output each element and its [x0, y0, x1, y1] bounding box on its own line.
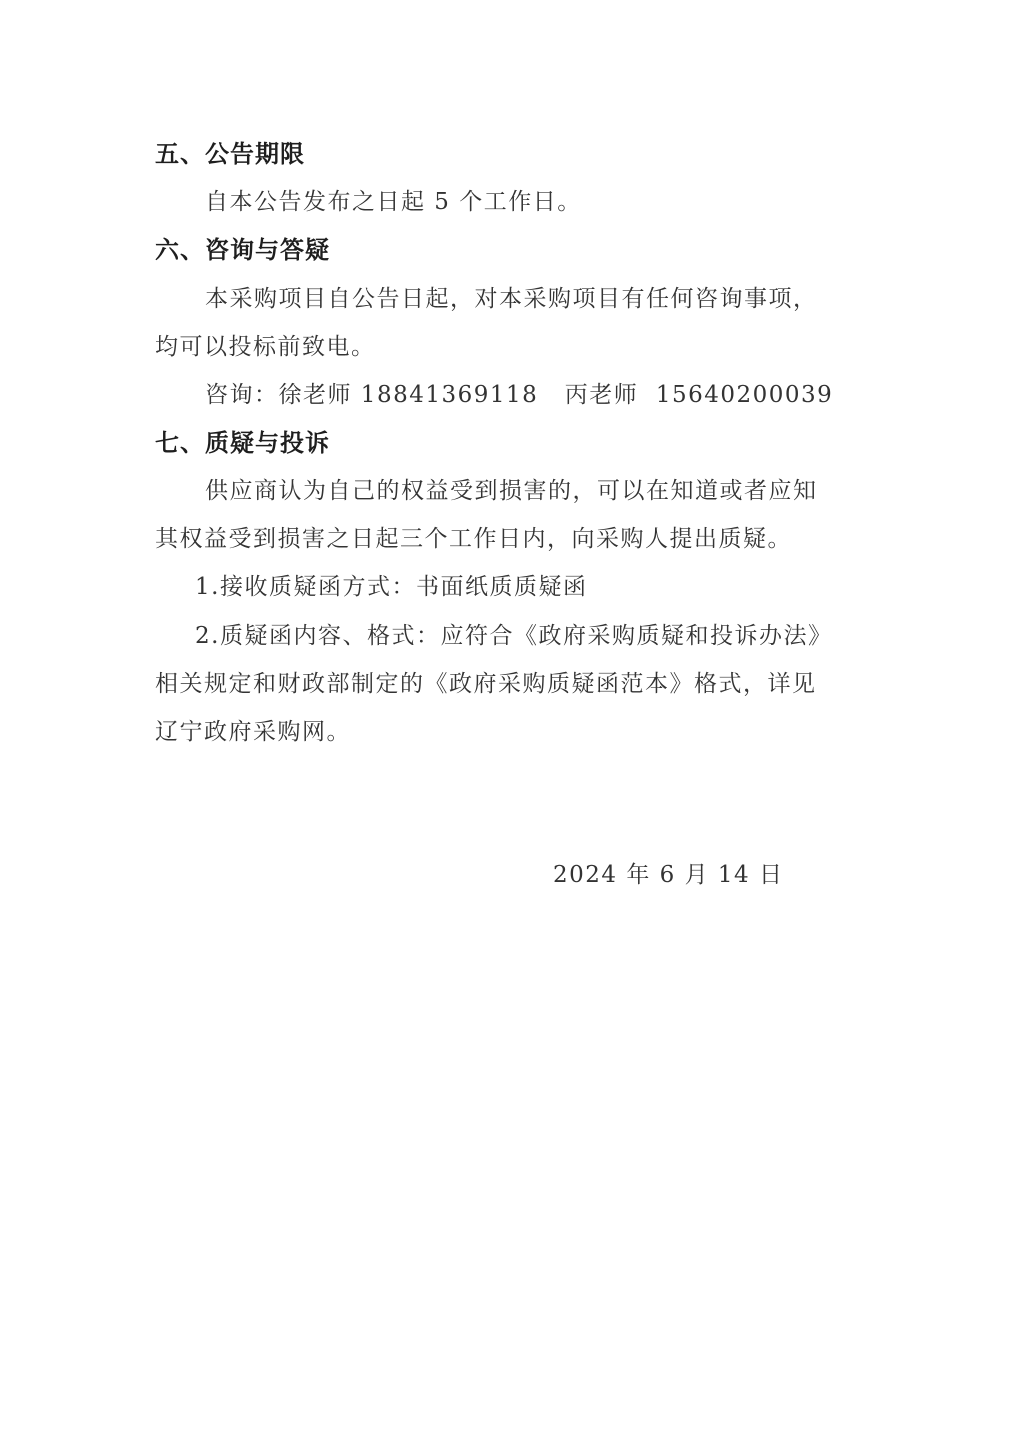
consultation-text-line-2: 均可以投标前致电。	[155, 332, 376, 362]
section-heading-consultation: 六、咨询与答疑	[155, 235, 330, 265]
complaints-item-1: 1.接收质疑函方式：书面纸质质疑函	[195, 572, 587, 602]
complaints-text-line-2: 其权益受到损害之日起三个工作日内，向采购人提出质疑。	[155, 524, 792, 554]
section-heading-announcement-period: 五、公告期限	[155, 139, 305, 169]
complaints-text-line-1: 供应商认为自己的权益受到损害的，可以在知道或者应知	[205, 476, 818, 506]
section-heading-complaints: 七、质疑与投诉	[155, 428, 330, 458]
complaints-item-2-line-2: 相关规定和财政部制定的《政府采购质疑函范本》格式，详见	[155, 669, 817, 699]
complaints-item-2-line-3: 辽宁政府采购网。	[155, 717, 351, 747]
consultation-contacts: 咨询：徐老师 18841369118 丙老师 15640200039	[205, 380, 833, 410]
consultation-text-line-1: 本采购项目自公告日起，对本采购项目有任何咨询事项，	[205, 284, 818, 314]
document-date: 2024 年 6 月 14 日	[553, 860, 784, 890]
announcement-period-text: 自本公告发布之日起 5 个工作日。	[205, 187, 582, 217]
complaints-item-2-line-1: 2.质疑函内容、格式：应符合《政府采购质疑和投诉办法》	[195, 621, 832, 651]
